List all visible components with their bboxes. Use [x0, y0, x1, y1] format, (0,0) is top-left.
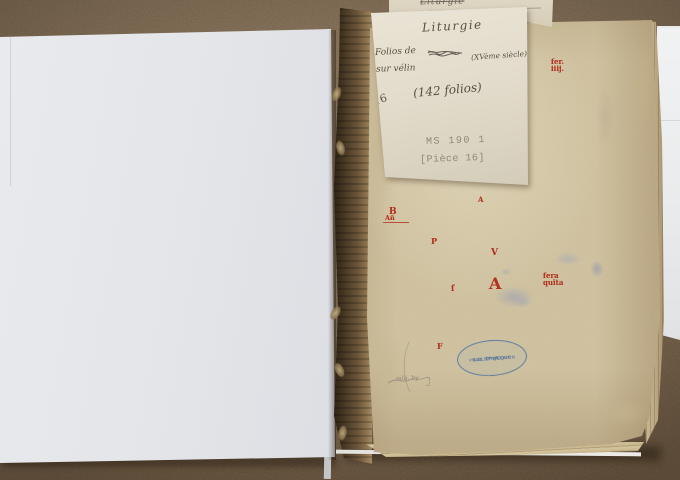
inscription-text: mlb. by [396, 374, 419, 382]
rubric-mark: Añ [385, 215, 395, 222]
crossed-out-title: Liturgie [420, 0, 465, 7]
ink-blot [554, 252, 582, 266]
left-page-crease [10, 36, 11, 186]
rubric-mark: V [491, 249, 498, 258]
signature-flourish [383, 338, 458, 396]
ink-blot [628, 40, 654, 130]
gutter-paper-sliver [324, 457, 331, 479]
ink-blot [596, 88, 614, 148]
note-piece-number: [Pièce 16] [420, 153, 485, 166]
note-extent: (142 folios) [413, 80, 483, 100]
rubric-mark: A [478, 196, 483, 203]
note-line1: Folios de [375, 46, 416, 58]
archivist-note: Liturgie Folios de (XVème siècle) sur vé… [370, 5, 530, 189]
note-title: Liturgie [422, 17, 483, 34]
rubric-mark: P [431, 237, 437, 245]
book-spine-edge [334, 8, 372, 464]
manuscript-photo: tremor futurū mirū tuba vocē iudex oīa f… [0, 0, 680, 480]
rubric-mark: fer. iiij. [551, 58, 564, 72]
rubric-mark: A [489, 276, 501, 292]
note-shelfmark: MS 190 1 [426, 135, 486, 148]
blank-left-page [0, 0, 337, 468]
note-support: sur vélin [376, 63, 416, 74]
struck-word-scribble [427, 48, 465, 58]
ink-blot [598, 398, 650, 428]
rubric-mark: ſ [451, 284, 454, 292]
note-period: (XVème siècle) [471, 49, 528, 62]
ink-blot [500, 268, 512, 276]
rubric-underline [383, 222, 409, 223]
ink-blot [590, 260, 604, 278]
ink-blot [514, 296, 532, 308]
rubric-mark: fera quīta [543, 272, 563, 286]
stamp-line-3: VILLE ST-QUENTIN [469, 354, 516, 362]
